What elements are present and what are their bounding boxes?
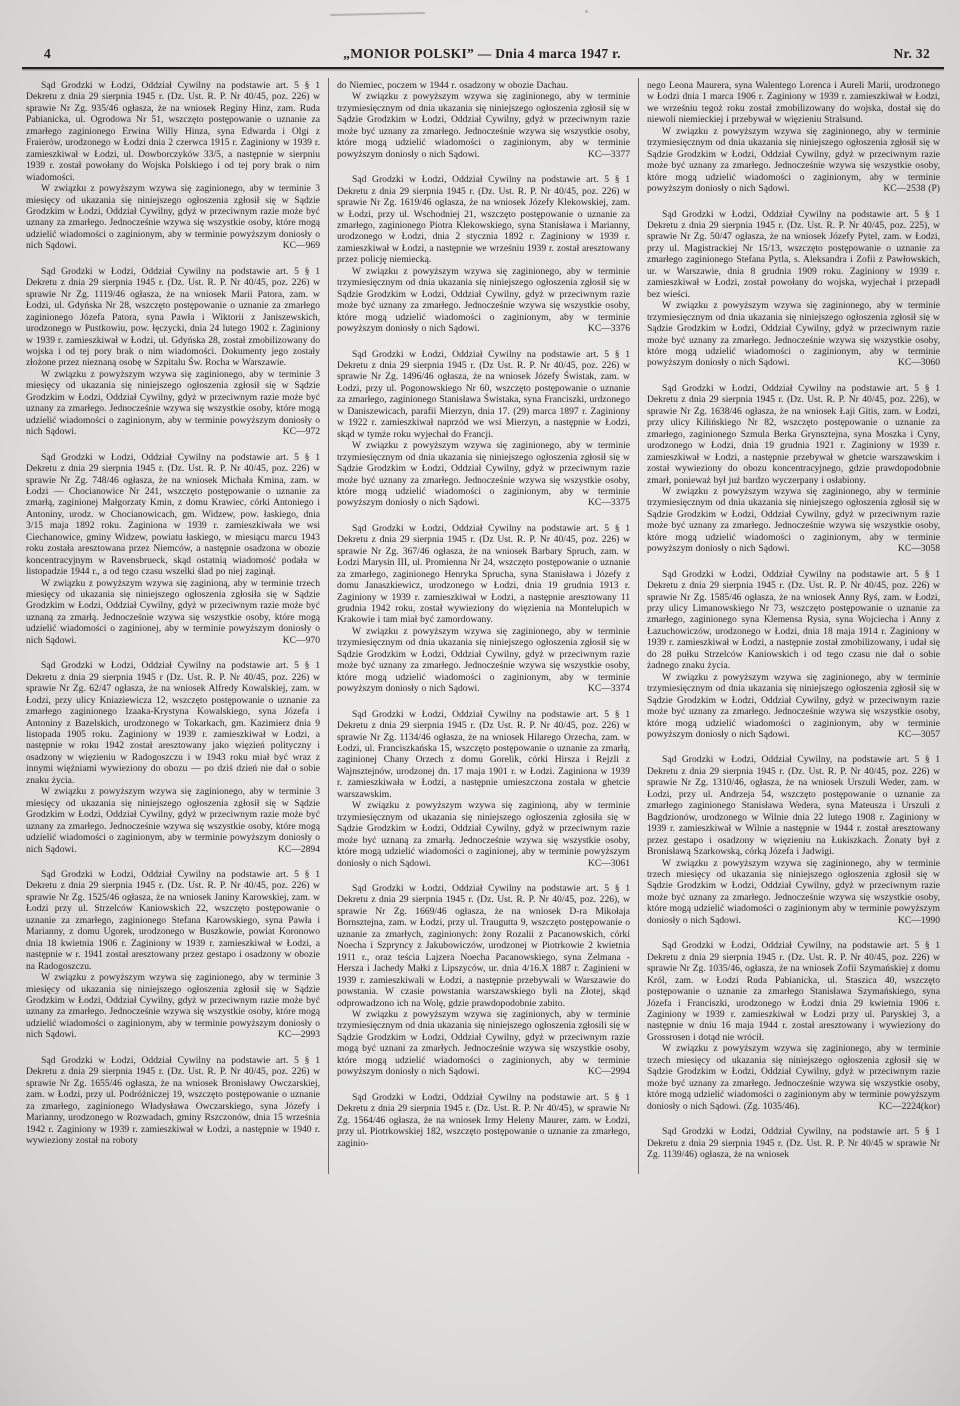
notice-paragraph: W związku z powyższym wzywa się zaginion… [647, 672, 940, 741]
court-notice: Sąd Grodzki w Łodzi, Oddział Cywilny na … [26, 80, 320, 252]
notice-paragraph: Sąd Grodzki w Łodzi, Oddział Cywilny na … [26, 1055, 320, 1147]
notice-paragraph: Sąd Grodzki w Łodzi, Oddział Cywilny na … [647, 569, 940, 672]
court-notice: Sąd Grodzki w Łodzi, Oddział Cywilny, na… [647, 940, 940, 1112]
scan-artifact [585, 10, 588, 13]
notice-paragraph: W związku z powyższym wzywa się zaginion… [647, 486, 940, 555]
issue-number: Nr. 32 [860, 46, 930, 62]
notice-code: KC—3061 [573, 858, 630, 869]
notice-paragraph: W związku z powyższym wzywa się zaginion… [647, 300, 940, 369]
court-notice: Sąd Grodzki w Łodzi, Oddział Cywilny na … [26, 660, 320, 855]
notice-code: KC—3377 [573, 149, 630, 160]
notice-paragraph: Sąd Grodzki w Łodzi, Oddział Cywilny na … [337, 174, 630, 266]
court-notice: Sąd Grodzki w Łodzi, Oddział Cywilny na … [26, 869, 320, 1041]
page-number: 4 [44, 46, 104, 62]
court-notice: Sąd Grodzki w Łodzi, Oddział Cywilny na … [337, 709, 630, 869]
notice-paragraph: Sąd Grodzki w Łodzi, Oddział Cywilny na … [337, 709, 630, 801]
notice-code: KC—3058 [883, 543, 940, 554]
notice-paragraph: W związku z powyższym wzywa się zaginion… [26, 183, 320, 252]
court-notice: Sąd Grodzki w Łodzi, Oddział Cywilny na … [26, 452, 320, 647]
newspaper-page: 4 „MONIOR POLSKI” — Dnia 4 marca 1947 r.… [0, 0, 960, 1406]
notice-code: KC—2993 [263, 1029, 320, 1040]
notice-code: KC—3060 [883, 357, 940, 368]
notice-paragraph: W związku z powyższym wzywa się zaginion… [337, 266, 630, 335]
notice-code: KC—970 [268, 635, 320, 646]
notice-paragraph: W związku z powyższym wzywa się zaginion… [337, 626, 630, 695]
court-notice: nego Leona Maurera, syna Walentego Loren… [647, 80, 940, 195]
notice-code: KC—3057 [883, 729, 940, 740]
notice-code: KC—2894 [263, 844, 320, 855]
notice-paragraph: do Niemiec, poczem w 1944 r. osadzony w … [337, 80, 630, 91]
text-columns: Sąd Grodzki w Łodzi, Oddział Cywilny na … [0, 69, 960, 1174]
notice-paragraph: W związku z powyższym wzywa się zaginion… [26, 369, 320, 438]
court-notice: Sąd Grodzki w Łodzi, Oddział Cywilny, na… [647, 1126, 940, 1160]
notice-code: KC—3374 [573, 683, 630, 694]
court-notice: Sąd Grodzki w Łodzi, Oddział Cywilny na … [337, 349, 630, 509]
notice-paragraph: W związku z powyższym wzywa się zaginion… [647, 858, 940, 927]
notice-paragraph: Sąd Grodzki w Łodzi, Oddział Cywilny na … [26, 869, 320, 972]
notice-paragraph: W związku z powyższym wzywa się zaginion… [26, 786, 320, 855]
masthead-title: „MONIOR POLSKI” — Dnia 4 marca 1947 r. [104, 46, 860, 62]
column-1: Sąd Grodzki w Łodzi, Oddział Cywilny na … [18, 78, 328, 1174]
notice-paragraph: W związku z powyższym wzywa się zaginion… [647, 1043, 940, 1112]
notice-paragraph: Sąd Grodzki w Łodzi, Oddział Cywilny na … [26, 660, 320, 786]
notice-code: KC—3375 [573, 497, 630, 508]
court-notice: Sąd Grodzki w Łodzi, Oddział Cywilny na … [337, 1092, 630, 1149]
notice-paragraph: Sąd Grodzki w Łodzi, Oddział Cywilny na … [337, 349, 630, 441]
notice-paragraph: W związku z powyższym wzywa się zaginion… [337, 1009, 630, 1078]
notice-paragraph: Sąd Grodzki w Łodzi, Oddział Cywilny, na… [647, 1126, 940, 1160]
notice-code: KC—3376 [573, 323, 630, 334]
notice-code: KC—969 [268, 240, 320, 251]
notice-paragraph: Sąd Grodzki w Łodzi, Oddział Cywilny na … [647, 383, 940, 486]
notice-paragraph: Sąd Grodzki w Łodzi, Oddział Cywilny na … [337, 883, 630, 1009]
notice-code: KC—1990 [883, 915, 940, 926]
notice-code: KC—2538 (P) [868, 183, 940, 194]
court-notice: Sąd Grodzki w Łodzi, Oddział Cywilny na … [337, 883, 630, 1078]
column-2: do Niemiec, poczem w 1944 r. osadzony w … [328, 78, 638, 1174]
notice-paragraph: Sąd Grodzki w Łodzi, Oddział Cywilny na … [26, 266, 320, 369]
court-notice: Sąd Grodzki w Łodzi, Oddział Cywilny, na… [647, 754, 940, 926]
court-notice: Sąd Grodzki w Łodzi, Oddział Cywilny na … [337, 523, 630, 695]
notice-paragraph: Sąd Grodzki w Łodzi, Oddział Cywilny, na… [647, 940, 940, 1043]
court-notice: Sąd Grodzki w Łodzi, Oddział Cywilny na … [26, 1055, 320, 1147]
notice-paragraph: W związku z powyższym wzywa się zaginion… [26, 578, 320, 647]
court-notice: Sąd Grodzki w Łodzi, Oddział Cywilny na … [337, 174, 630, 334]
court-notice: do Niemiec, poczem w 1944 r. osadzony w … [337, 80, 630, 160]
notice-paragraph: Sąd Grodzki w Łodzi, Oddział Cywilny na … [337, 1092, 630, 1149]
court-notice: Sąd Grodzki w Łodzi, Oddział Cywilny na … [647, 569, 940, 741]
court-notice: Sąd Grodzki w Łodzi, Oddział Cywilny na … [647, 383, 940, 555]
notice-paragraph: W związku z powyższym wzywa się zaginion… [337, 91, 630, 160]
column-3: nego Leona Maurera, syna Walentego Loren… [638, 78, 948, 1174]
notice-paragraph: W związku z powyższym wzywa się zaginion… [647, 126, 940, 195]
notice-paragraph: Sąd Grodzki w Łodzi, Oddział Cywilny, na… [647, 754, 940, 857]
notice-paragraph: W związku z powyższym wzywa się zaginion… [337, 800, 630, 869]
notice-paragraph: W związku z powyższym wzywa się zaginion… [337, 440, 630, 509]
notice-code: KC—2224(kor) [864, 1101, 940, 1112]
notice-paragraph: Sąd Grodzki w Łodzi, Oddział Cywilny na … [26, 80, 320, 183]
notice-code: KC—2994 [573, 1066, 630, 1077]
page-header: 4 „MONIOR POLSKI” — Dnia 4 marca 1947 r.… [0, 0, 960, 67]
notice-code: KC—972 [268, 426, 320, 437]
court-notice: Sąd Grodzki w Łodzi, Oddział Cywilny na … [647, 209, 940, 369]
notice-paragraph: Sąd Grodzki w Łodzi, Oddział Cywilny na … [337, 523, 630, 626]
notice-paragraph: Sąd Grodzki w Łodzi, Oddział Cywilny na … [26, 452, 320, 578]
notice-paragraph: Sąd Grodzki w Łodzi, Oddział Cywilny na … [647, 209, 940, 301]
notice-paragraph: nego Leona Maurera, syna Walentego Loren… [647, 80, 940, 126]
notice-paragraph: W związku z powyższym wzywa się zaginion… [26, 972, 320, 1041]
court-notice: Sąd Grodzki w Łodzi, Oddział Cywilny na … [26, 266, 320, 438]
